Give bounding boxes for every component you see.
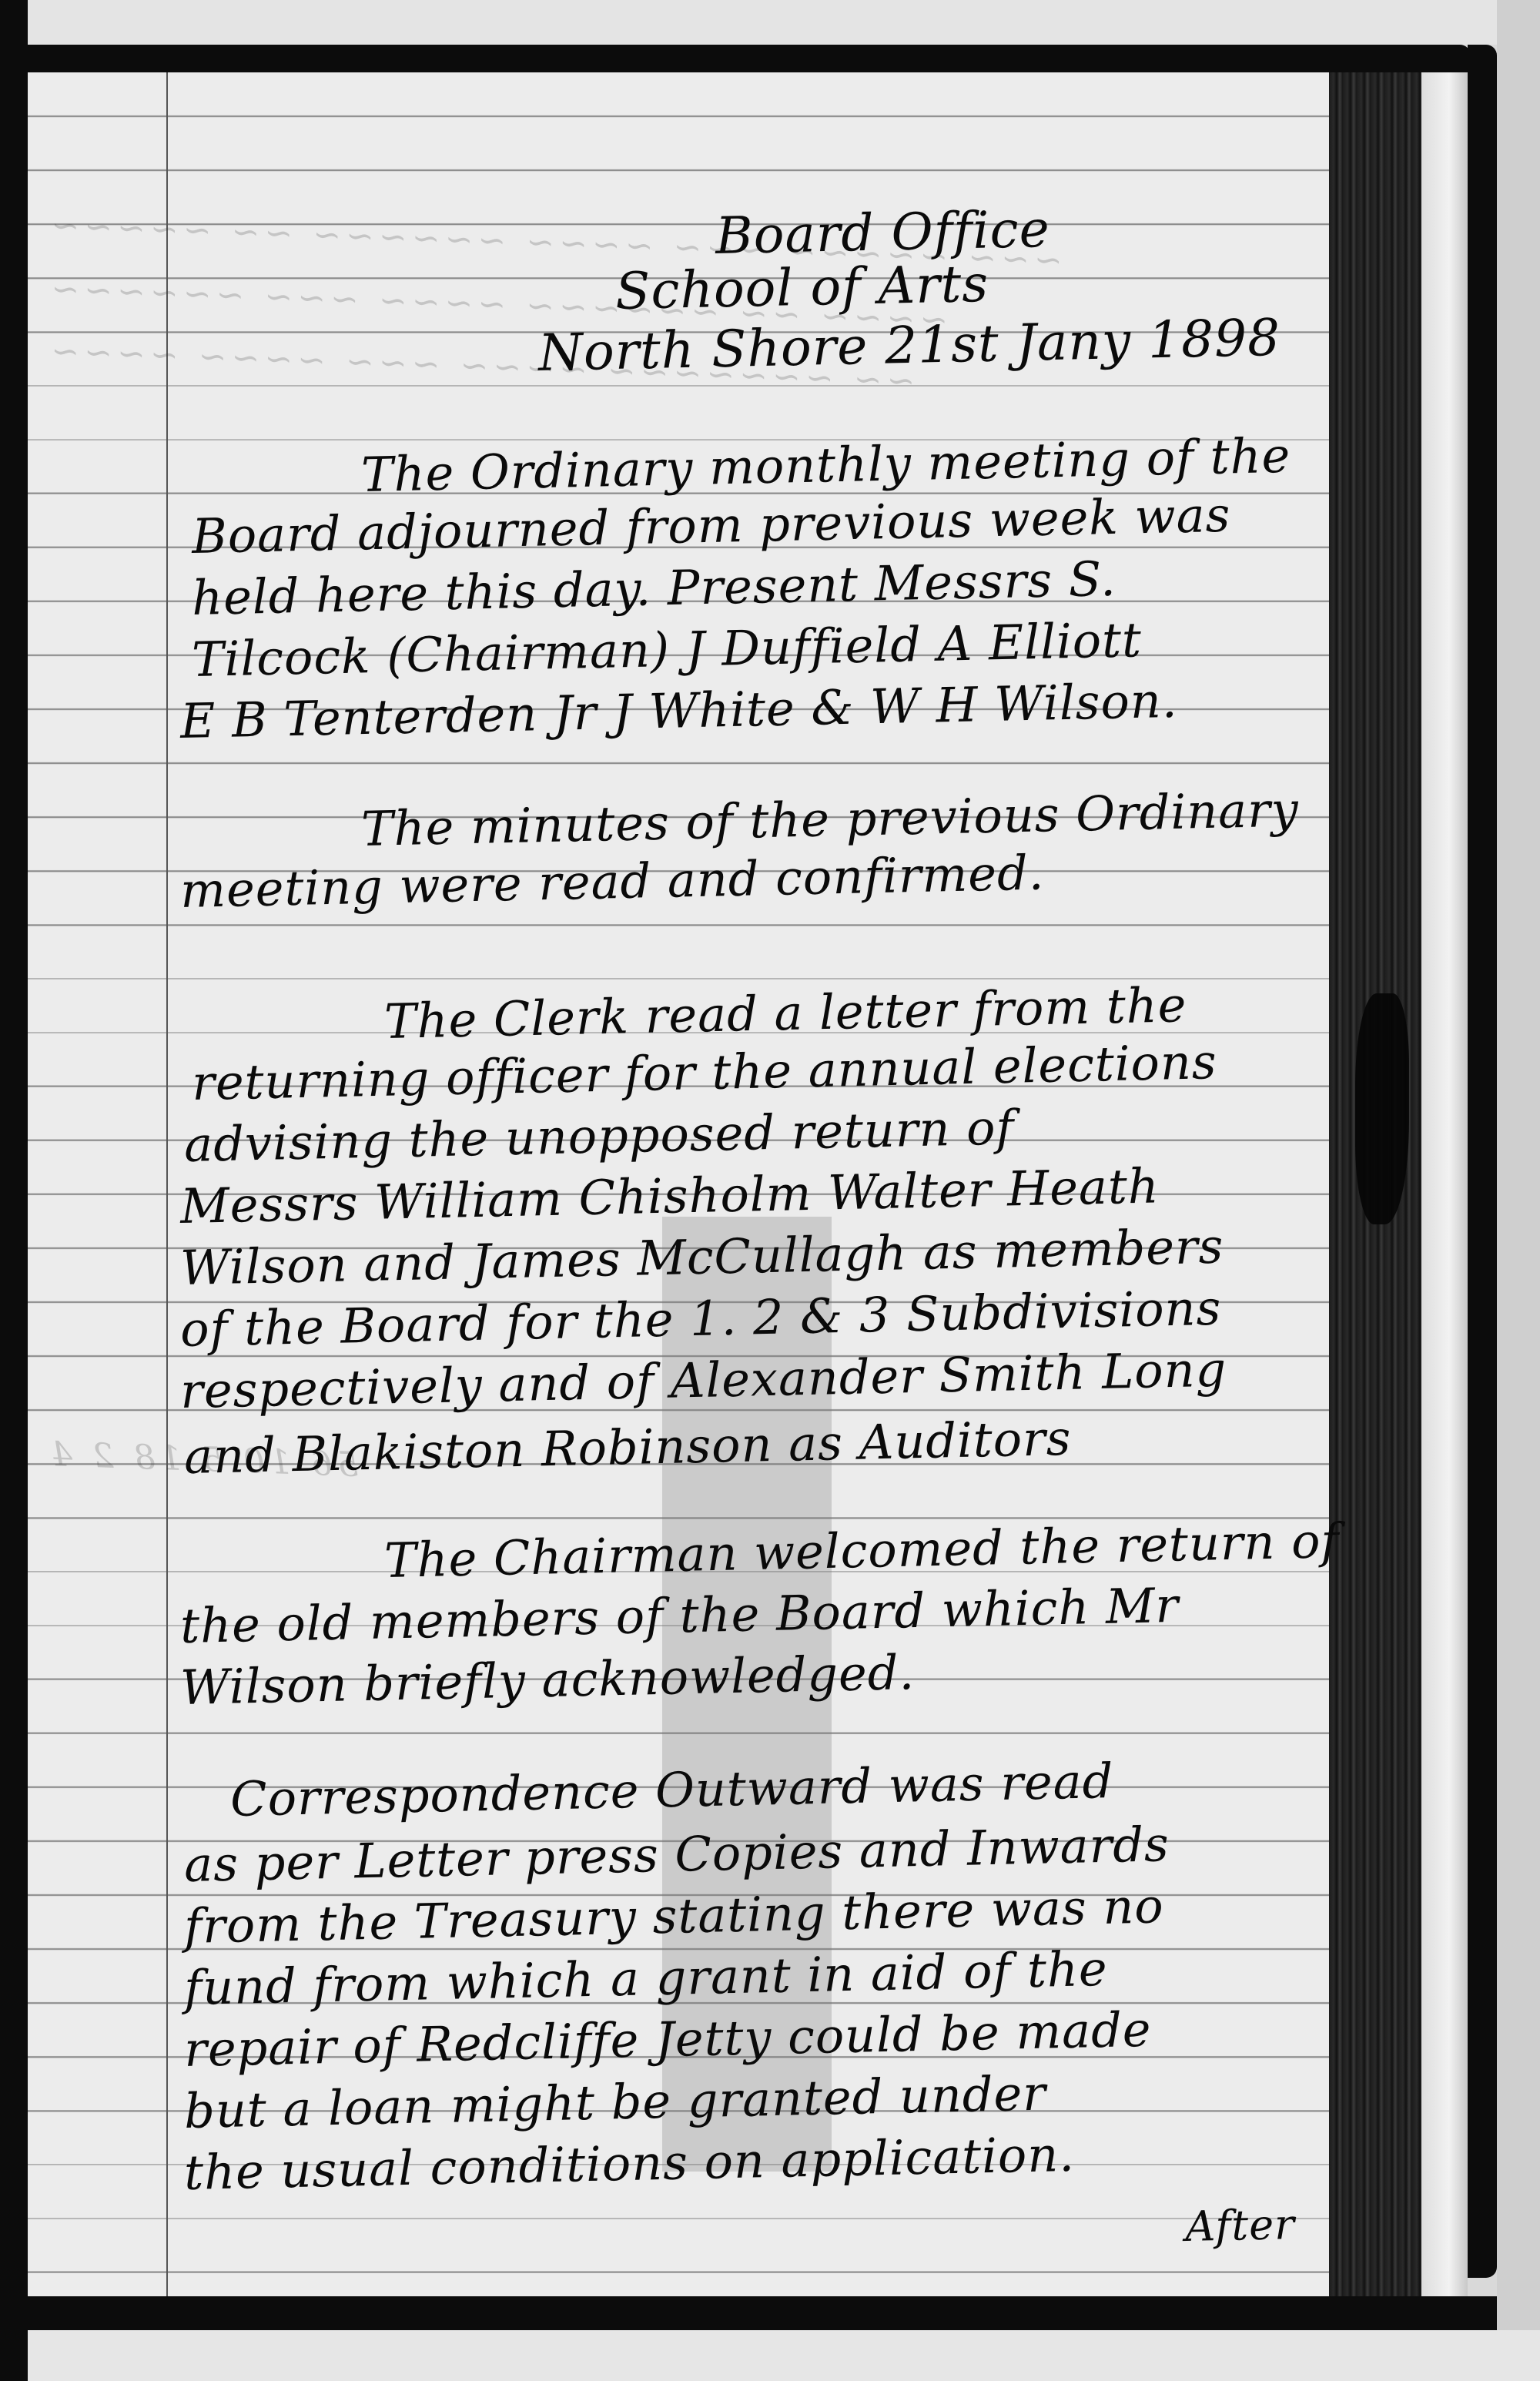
scan-background-bottom: [0, 2330, 1540, 2381]
scan-frame-top: [0, 45, 1471, 72]
catchword: After: [1185, 2200, 1296, 2251]
ink-stain: [1355, 993, 1409, 1224]
scan-frame-right: [1468, 45, 1497, 2278]
scan-frame-bottom: [0, 2296, 1497, 2330]
scan-frame-left: [0, 0, 28, 2381]
scan-background-right: [1497, 0, 1540, 2381]
scan-background-top: [28, 0, 1540, 45]
heading-school-of-arts: School of Arts: [614, 254, 989, 321]
book-page-edge-highlight: [1421, 72, 1468, 2296]
margin-rule: [166, 72, 168, 2296]
